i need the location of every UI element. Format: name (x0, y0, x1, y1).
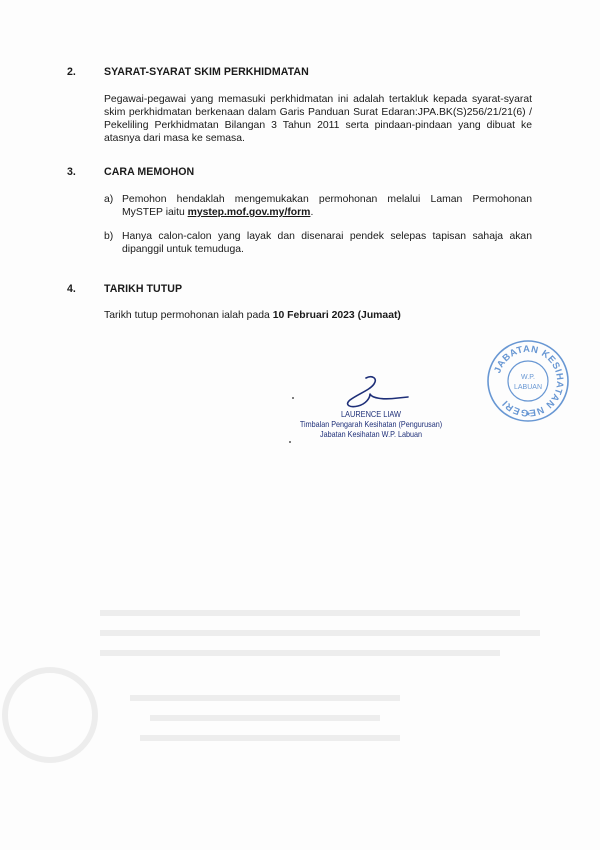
stray-mark (292, 397, 294, 399)
svg-text:★: ★ (525, 410, 531, 418)
section-title: CARA MEMOHON (104, 166, 194, 178)
signatory-organization: Jabatan Kesihatan W.P. Labuan (298, 429, 444, 439)
signatory-name: LAURENCE LIAW (298, 409, 444, 419)
document-page: 2. SYARAT-SYARAT SKIM PERKHIDMATAN Pegaw… (0, 0, 600, 850)
stray-mark (289, 441, 291, 443)
closing-date-label: Tarikh tutup permohonan ialah pada (104, 310, 273, 321)
signatory-title: Timbalan Pengarah Kesihatan (Pengurusan) (298, 419, 444, 429)
official-stamp-icon: JABATAN KESIHATAN NEGERI W.P. LABUAN ★ (484, 337, 572, 425)
section-title: TARIKH TUTUP (104, 283, 182, 295)
list-marker: b) (104, 230, 113, 243)
section-title: SYARAT-SYARAT SKIM PERKHIDMATAN (104, 66, 309, 78)
section-tarikh-tutup: 4. TARIKH TUTUP Tarikh tutup permohonan … (67, 283, 533, 322)
section-heading: 2. SYARAT-SYARAT SKIM PERKHIDMATAN (67, 66, 533, 82)
section-heading: 4. TARIKH TUTUP (67, 283, 533, 299)
mystep-link[interactable]: mystep.mof.gov.my/form (188, 207, 311, 218)
list-item: a) Pemohon hendaklah mengemukakan permoh… (104, 193, 532, 219)
list-text-end: . (310, 207, 313, 218)
section-body: Pegawai-pegawai yang memasuki perkhidmat… (104, 93, 532, 145)
section-cara-memohon: 3. CARA MEMOHON a) Pemohon hendaklah men… (67, 166, 533, 272)
list-text: Hanya calon-calon yang layak dan disenar… (122, 231, 532, 255)
list-marker: a) (104, 193, 113, 206)
svg-text:W.P.: W.P. (521, 374, 535, 381)
closing-date-value: 10 Februari 2023 (Jumaat) (273, 310, 401, 321)
section-number: 2. (67, 66, 76, 78)
bleed-through-texture (0, 600, 600, 770)
list-item: b) Hanya calon-calon yang layak dan dise… (104, 230, 532, 256)
section-heading: 3. CARA MEMOHON (67, 166, 533, 182)
svg-text:LABUAN: LABUAN (514, 384, 542, 391)
application-steps-list: a) Pemohon hendaklah mengemukakan permoh… (104, 193, 532, 256)
section-number: 3. (67, 166, 76, 178)
closing-date-text: Tarikh tutup permohonan ialah pada 10 Fe… (104, 309, 532, 322)
handwritten-signature-icon (336, 372, 416, 412)
section-number: 4. (67, 283, 76, 295)
section-skim-perkhidmatan: 2. SYARAT-SYARAT SKIM PERKHIDMATAN Pegaw… (67, 66, 533, 145)
list-text: Pemohon hendaklah mengemukakan permohona… (122, 194, 532, 218)
svg-text:JABATAN KESIHATAN NEGERI: JABATAN KESIHATAN NEGERI (492, 344, 565, 418)
